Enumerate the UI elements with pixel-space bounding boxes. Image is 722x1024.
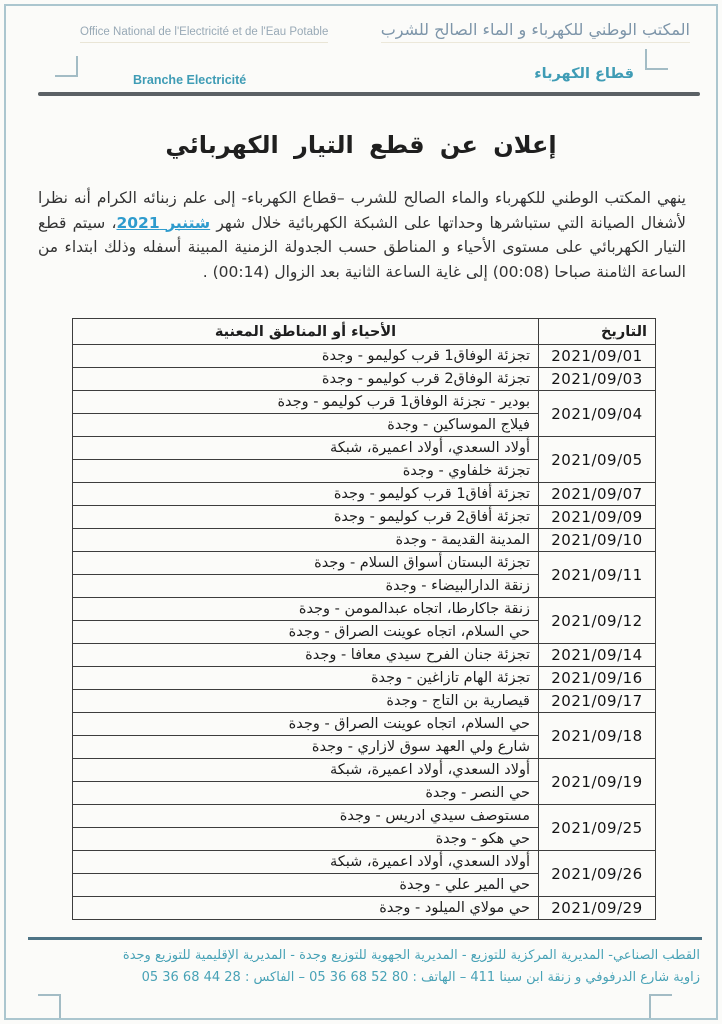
branch-name-french: Branche Electricité <box>133 73 246 87</box>
date-cell: 2021/09/03 <box>539 368 656 391</box>
header-divider-rule <box>38 92 700 96</box>
date-cell: 2021/09/25 <box>539 805 656 851</box>
table-row: 2021/09/04بودير - تجزئة الوفاق1 قرب كولي… <box>73 391 656 414</box>
area-cell: تجزئة أفاق1 قرب كوليمو - وجدة <box>73 483 539 506</box>
crop-mark-bottom-right <box>649 994 672 1018</box>
area-cell: بودير - تجزئة الوفاق1 قرب كوليمو - وجدة <box>73 391 539 414</box>
footer-divider-rule <box>28 937 702 940</box>
area-cell: حي هكو - وجدة <box>73 828 539 851</box>
date-cell: 2021/09/07 <box>539 483 656 506</box>
footer-address-line: زاوية شارع الدرفوفي و زنقة ابن سينا 411 … <box>26 967 700 989</box>
footer-fax-number: 05 36 68 44 28 <box>142 970 241 985</box>
date-cell: 2021/09/19 <box>539 759 656 805</box>
area-cell: تجزئة أفاق2 قرب كوليمو - وجدة <box>73 506 539 529</box>
announcement-body: ينهي المكتب الوطني للكهرباء والماء الصال… <box>38 186 686 284</box>
date-cell: 2021/09/16 <box>539 667 656 690</box>
date-cell: 2021/09/10 <box>539 529 656 552</box>
area-cell: زنقة الدارالبيضاء - وجدة <box>73 575 539 598</box>
table-row: 2021/09/01تجزئة الوفاق1 قرب كوليمو - وجد… <box>73 345 656 368</box>
crop-mark-top-left <box>55 56 78 77</box>
crop-mark-bottom-left <box>38 994 61 1018</box>
area-cell: أولاد السعدي، أولاد اعميرة، شبكة <box>73 851 539 874</box>
footer-directorates-line: القطب الصناعي- المديرية المركزية للتوزيع… <box>26 945 700 967</box>
date-cell: 2021/09/17 <box>539 690 656 713</box>
area-cell: تجزئة الهام تازاغين - وجدة <box>73 667 539 690</box>
date-cell: 2021/09/11 <box>539 552 656 598</box>
date-cell: 2021/09/14 <box>539 644 656 667</box>
table-row: 2021/09/29حي مولاي الميلود - وجدة <box>73 897 656 920</box>
area-cell: المدينة القديمة - وجدة <box>73 529 539 552</box>
area-cell: حي السلام، اتجاه عوينت الصراق - وجدة <box>73 621 539 644</box>
date-cell: 2021/09/12 <box>539 598 656 644</box>
date-cell: 2021/09/09 <box>539 506 656 529</box>
date-cell: 2021/09/01 <box>539 345 656 368</box>
area-cell: قيصارية بن التاج - وجدة <box>73 690 539 713</box>
area-cell: حي المير علي - وجدة <box>73 874 539 897</box>
area-cell: فيلاج الموساكين - وجدة <box>73 414 539 437</box>
scanned-announcement-page: { "header": { "org_fr": "Office National… <box>0 0 722 1024</box>
announcement-title: إعلان عن قطع التيار الكهربائي <box>0 131 722 159</box>
area-cell: زنقة جاكارطا، اتجاه عبدالمومن - وجدة <box>73 598 539 621</box>
area-cell: تجزئة الوفاق2 قرب كوليمو - وجدة <box>73 368 539 391</box>
table-row: 2021/09/18حي السلام، اتجاه عوينت الصراق … <box>73 713 656 736</box>
table-row: 2021/09/05أولاد السعدي، أولاد اعميرة، شب… <box>73 437 656 460</box>
date-cell: 2021/09/26 <box>539 851 656 897</box>
column-header-date: التاريخ <box>539 319 656 345</box>
branch-name-arabic: قطاع الكهرباء <box>534 66 634 82</box>
table-row: 2021/09/03تجزئة الوفاق2 قرب كوليمو - وجد… <box>73 368 656 391</box>
org-name-french: Office National de l'Electricité et de l… <box>80 26 328 43</box>
area-cell: تجزئة خلفاوي - وجدة <box>73 460 539 483</box>
area-cell: تجزئة الوفاق1 قرب كوليمو - وجدة <box>73 345 539 368</box>
date-cell: 2021/09/04 <box>539 391 656 437</box>
area-cell: أولاد السعدي، أولاد اعميرة، شبكة <box>73 759 539 782</box>
date-cell: 2021/09/05 <box>539 437 656 483</box>
area-cell: مستوصف سيدي ادريس - وجدة <box>73 805 539 828</box>
table-row: 2021/09/19أولاد السعدي، أولاد اعميرة، شب… <box>73 759 656 782</box>
area-cell: تجزئة البستان أسواق السلام - وجدة <box>73 552 539 575</box>
table-row: 2021/09/10المدينة القديمة - وجدة <box>73 529 656 552</box>
area-cell: أولاد السعدي، أولاد اعميرة، شبكة <box>73 437 539 460</box>
table-row: 2021/09/16تجزئة الهام تازاغين - وجدة <box>73 667 656 690</box>
area-cell: حي السلام، اتجاه عوينت الصراق - وجدة <box>73 713 539 736</box>
area-cell: تجزئة جنان الفرح سيدي معافا - وجدة <box>73 644 539 667</box>
date-cell: 2021/09/29 <box>539 897 656 920</box>
footer-phone-number: 05 36 68 52 80 <box>309 970 408 985</box>
column-header-areas: الأحياء أو المناطق المعنية <box>73 319 539 345</box>
table-header-row: التاريخ الأحياء أو المناطق المعنية <box>73 319 656 345</box>
table-row: 2021/09/14تجزئة جنان الفرح سيدي معافا - … <box>73 644 656 667</box>
date-cell: 2021/09/18 <box>539 713 656 759</box>
footer-address-text: زاوية شارع الدرفوفي و زنقة ابن سينا 411 … <box>408 970 700 985</box>
table-row: 2021/09/17قيصارية بن التاج - وجدة <box>73 690 656 713</box>
outage-schedule-table: التاريخ الأحياء أو المناطق المعنية 2021/… <box>72 318 656 920</box>
table-row: 2021/09/25مستوصف سيدي ادريس - وجدة <box>73 805 656 828</box>
table-row: 2021/09/12زنقة جاكارطا، اتجاه عبدالمومن … <box>73 598 656 621</box>
table-row: 2021/09/09تجزئة أفاق2 قرب كوليمو - وجدة <box>73 506 656 529</box>
org-name-arabic: المكتب الوطني للكهرباء و الماء الصالح لل… <box>381 20 690 43</box>
area-cell: شارع ولي العهد سوق لازاري - وجدة <box>73 736 539 759</box>
area-cell: حي النصر - وجدة <box>73 782 539 805</box>
crop-mark-top-right <box>645 49 668 70</box>
table-row: 2021/09/26أولاد السعدي، أولاد اعميرة، شب… <box>73 851 656 874</box>
table-row: 2021/09/11تجزئة البستان أسواق السلام - و… <box>73 552 656 575</box>
footer: القطب الصناعي- المديرية المركزية للتوزيع… <box>26 945 700 989</box>
footer-fax-label: – الفاكس : <box>241 970 309 985</box>
table-row: 2021/09/07تجزئة أفاق1 قرب كوليمو - وجدة <box>73 483 656 506</box>
month-highlight: شتنبر 2021 <box>116 214 210 232</box>
area-cell: حي مولاي الميلود - وجدة <box>73 897 539 920</box>
